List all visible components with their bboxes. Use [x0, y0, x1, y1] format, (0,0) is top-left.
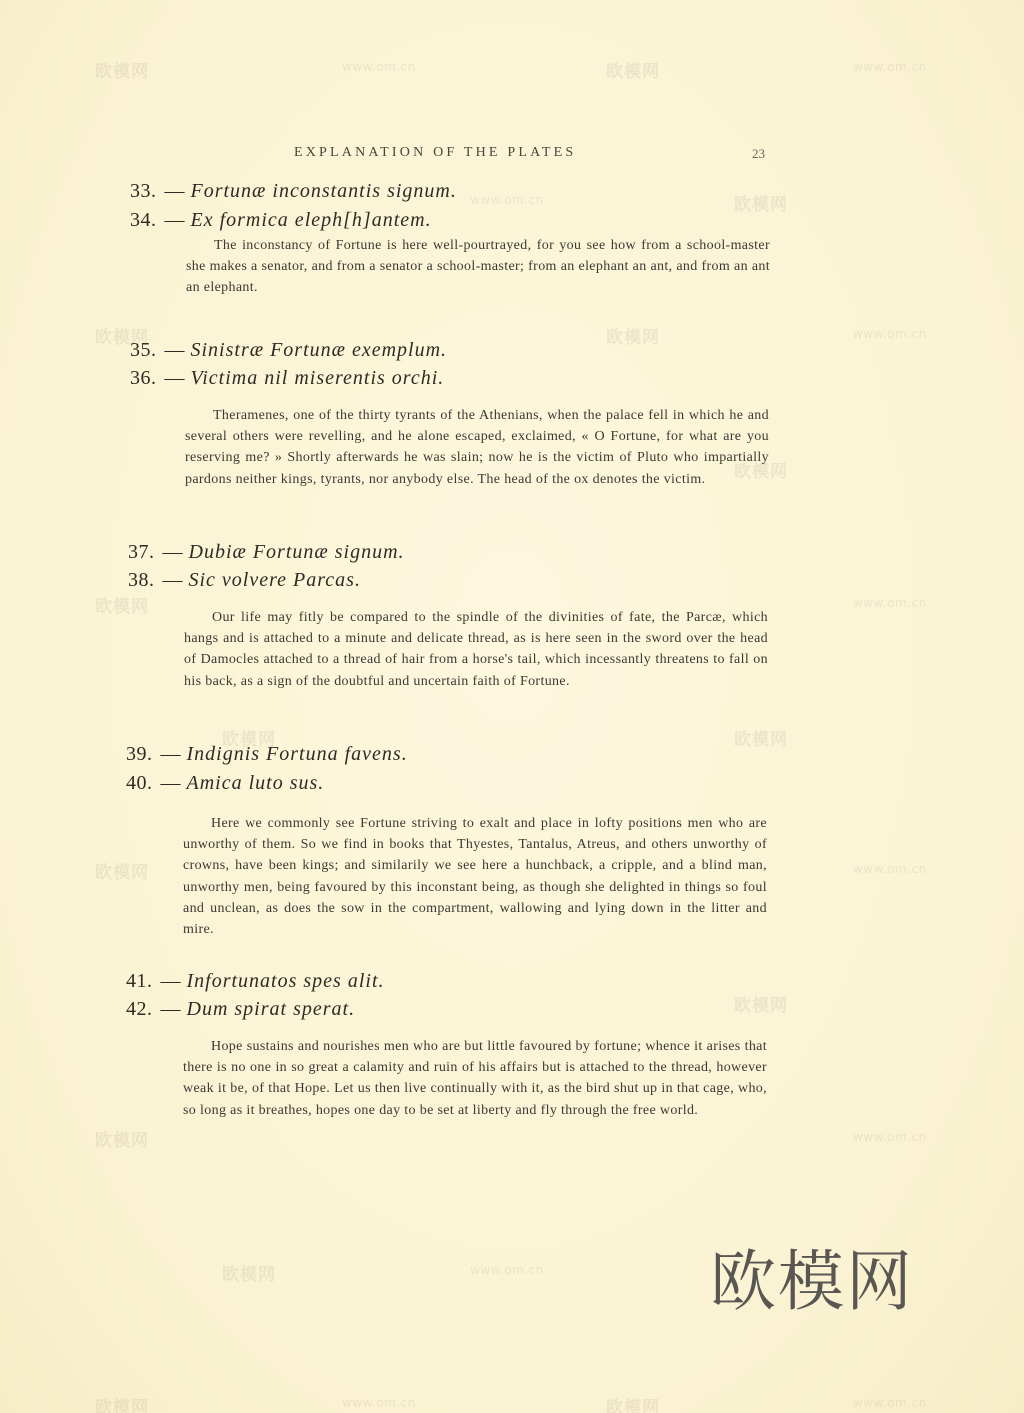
plate-number: 34.	[130, 209, 157, 231]
watermark-url: www.om.cn	[342, 60, 416, 74]
watermark-logo: 欧模网	[734, 725, 788, 750]
watermark-url: www.om.cn	[853, 1130, 927, 1144]
plate-title: 34.—Ex formica eleph[h]antem.	[130, 209, 432, 232]
watermark-url: www.om.cn	[853, 1396, 927, 1410]
watermark-url: www.om.cn	[470, 193, 544, 207]
watermark-url: www.om.cn	[853, 862, 927, 876]
plate-number: 40.	[126, 772, 153, 794]
watermark-url: www.om.cn	[342, 1396, 416, 1410]
watermark-url: www.om.cn	[853, 596, 927, 610]
plate-title: 35.—Sinistræ Fortunæ exemplum.	[130, 339, 447, 362]
plate-motto: Fortunæ inconstantis signum.	[191, 180, 457, 202]
plate-title: 36.—Victima nil miserentis orchi.	[130, 367, 444, 390]
watermark-url: www.om.cn	[470, 1263, 544, 1277]
watermark-logo: 欧模网	[606, 323, 660, 348]
page-number: 23	[752, 146, 765, 162]
plate-title: 33.—Fortunæ inconstantis signum.	[130, 180, 457, 203]
plate-motto: Sic volvere Parcas.	[189, 569, 361, 591]
plate-explanation: Theramenes, one of the thirty tyrants of…	[185, 405, 769, 490]
plate-explanation: Our life may fitly be compared to the sp…	[184, 607, 768, 692]
plate-title: 41.—Infortunatos spes alit.	[126, 970, 385, 993]
plate-explanation: Here we commonly see Fortune striving to…	[183, 813, 767, 940]
watermark-logo: 欧模网	[734, 190, 788, 215]
plate-number: 38.	[128, 569, 155, 591]
watermark-logo: 欧模网	[95, 1393, 149, 1413]
watermark-url: www.om.cn	[853, 60, 927, 74]
plate-motto: Sinistræ Fortunæ exemplum.	[191, 339, 448, 361]
plate-motto: Dum spirat sperat.	[187, 998, 356, 1020]
book-page: 欧模网 www.om.cn 欧模网 www.om.cn 欧模网 www.om.c…	[0, 0, 1024, 1413]
plate-explanation: The inconstancy of Fortune is here well-…	[186, 235, 770, 299]
plate-number: 37.	[128, 541, 155, 563]
plate-number: 35.	[130, 339, 157, 361]
watermark-logo: 欧模网	[95, 57, 149, 82]
plate-motto: Amica luto sus.	[187, 772, 325, 794]
plate-number: 42.	[126, 998, 153, 1020]
plate-motto: Dubiæ Fortunæ signum.	[189, 541, 405, 563]
plate-motto: Infortunatos spes alit.	[187, 970, 385, 992]
plate-number: 36.	[130, 367, 157, 389]
plate-explanation: Hope sustains and nourishes men who are …	[183, 1036, 767, 1121]
plate-title: 37.—Dubiæ Fortunæ signum.	[128, 541, 405, 564]
plate-title: 39.—Indignis Fortuna favens.	[126, 743, 408, 766]
watermark-logo: 欧模网	[606, 57, 660, 82]
watermark-logo: 欧模网	[734, 991, 788, 1016]
plate-number: 33.	[130, 180, 157, 202]
site-logo-watermark: 欧模网	[710, 1228, 914, 1323]
plate-title: 42.—Dum spirat sperat.	[126, 998, 355, 1021]
plate-number: 41.	[126, 970, 153, 992]
running-title: EXPLANATION OF THE PLATES	[294, 145, 576, 161]
plate-motto: Victima nil miserentis orchi.	[191, 367, 445, 389]
plate-number: 39.	[126, 743, 153, 765]
watermark-url: www.om.cn	[853, 327, 927, 341]
plate-motto: Ex formica eleph[h]antem.	[191, 209, 432, 231]
watermark-logo: 欧模网	[95, 1126, 149, 1151]
watermark-logo: 欧模网	[95, 858, 149, 883]
watermark-logo: 欧模网	[222, 1260, 276, 1285]
plate-title: 38.—Sic volvere Parcas.	[128, 569, 361, 592]
plate-motto: Indignis Fortuna favens.	[187, 743, 408, 765]
watermark-logo: 欧模网	[95, 592, 149, 617]
watermark-logo: 欧模网	[606, 1393, 660, 1413]
plate-title: 40.—Amica luto sus.	[126, 772, 324, 795]
